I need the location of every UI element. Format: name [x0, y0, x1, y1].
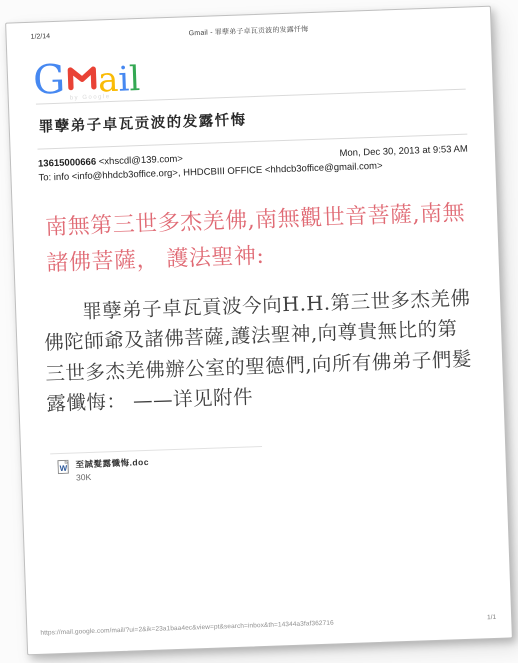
print-footer-url: https://mail.google.com/mail/?ui=2&ik=23…	[40, 620, 334, 637]
email-meta: 13615000666 <xhscdl@139.com> Mon, Dec 30…	[38, 144, 469, 184]
email-body: 罪孽弟子卓瓦貢波今向H.H.第三世多杰羌佛佛陀師爺及諸佛菩薩,護法聖神,向尊貴無…	[43, 284, 477, 420]
attachment-size: 30K	[76, 470, 150, 483]
attachment-info: 至誠髮露懺悔.doc 30K	[75, 456, 149, 483]
gmail-envelope-icon	[67, 65, 98, 96]
svg-text:W: W	[60, 464, 68, 473]
print-footer: https://mail.google.com/mail/?ui=2&ik=23…	[40, 614, 496, 637]
printed-email-page: 1/2/14 Gmail - 罪孽弟子卓瓦贡波的发露忏悔 G a i l by …	[5, 6, 513, 656]
page-indicator: 1/1	[487, 614, 496, 621]
from-field: 13615000666 <xhscdl@139.com>	[38, 154, 183, 170]
scan-background: 1/2/14 Gmail - 罪孽弟子卓瓦贡波的发露忏悔 G a i l by …	[0, 0, 518, 663]
from-name: 13615000666	[38, 157, 96, 170]
salutation-text: 南無第三世多杰羌佛,南無觀世音菩薩,南無諸佛菩薩， 護法聖神:	[45, 196, 472, 282]
gmail-logo-letter-l: l	[129, 65, 141, 94]
email-date: Mon, Dec 30, 2013 at 9:53 AM	[339, 144, 468, 159]
attachment-section: W 至誠髮露懺悔.doc 30K	[48, 439, 479, 484]
from-address: <xhscdl@139.com>	[99, 154, 183, 168]
gmail-logo-letter-a: a	[98, 66, 119, 96]
attachment-filename: 至誠髮露懺悔.doc	[75, 456, 149, 471]
doc-attachment-icon: W	[57, 460, 70, 479]
gmail-logo: G a i l by Google	[32, 37, 465, 98]
gmail-logo-letter-g: G	[33, 63, 66, 98]
